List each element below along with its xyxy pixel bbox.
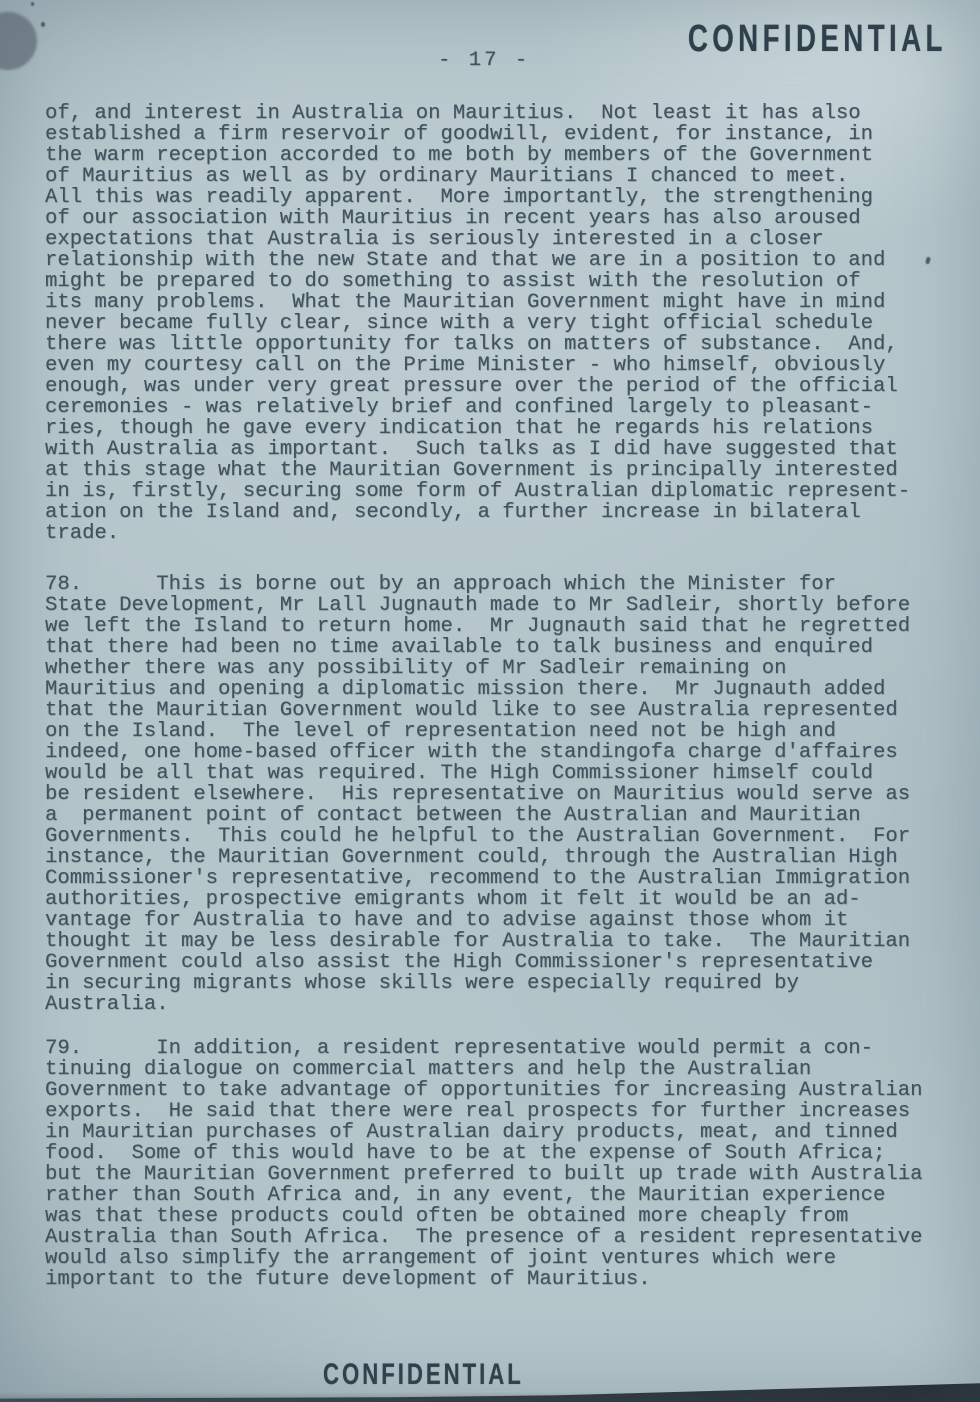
paragraph-79: 79. In addition, a resident representati…	[45, 1038, 922, 1290]
scanned-document-page: CONFIDENTIAL - 17 - of, and interest in …	[0, 0, 980, 1402]
dust-speck	[925, 257, 931, 265]
confidential-stamp-bottom: CONFIDENTIAL	[323, 1360, 524, 1390]
dust-speck	[41, 22, 45, 27]
hole-punch	[0, 12, 37, 70]
confidential-stamp-top: CONFIDENTIAL	[688, 20, 947, 58]
paragraph-78: 78. This is borne out by an approach whi…	[45, 574, 910, 1015]
dust-speck	[31, 2, 34, 6]
page-number: - 17 -	[438, 50, 530, 71]
paragraph-continuation: of, and interest in Australia on Mauriti…	[45, 103, 910, 544]
